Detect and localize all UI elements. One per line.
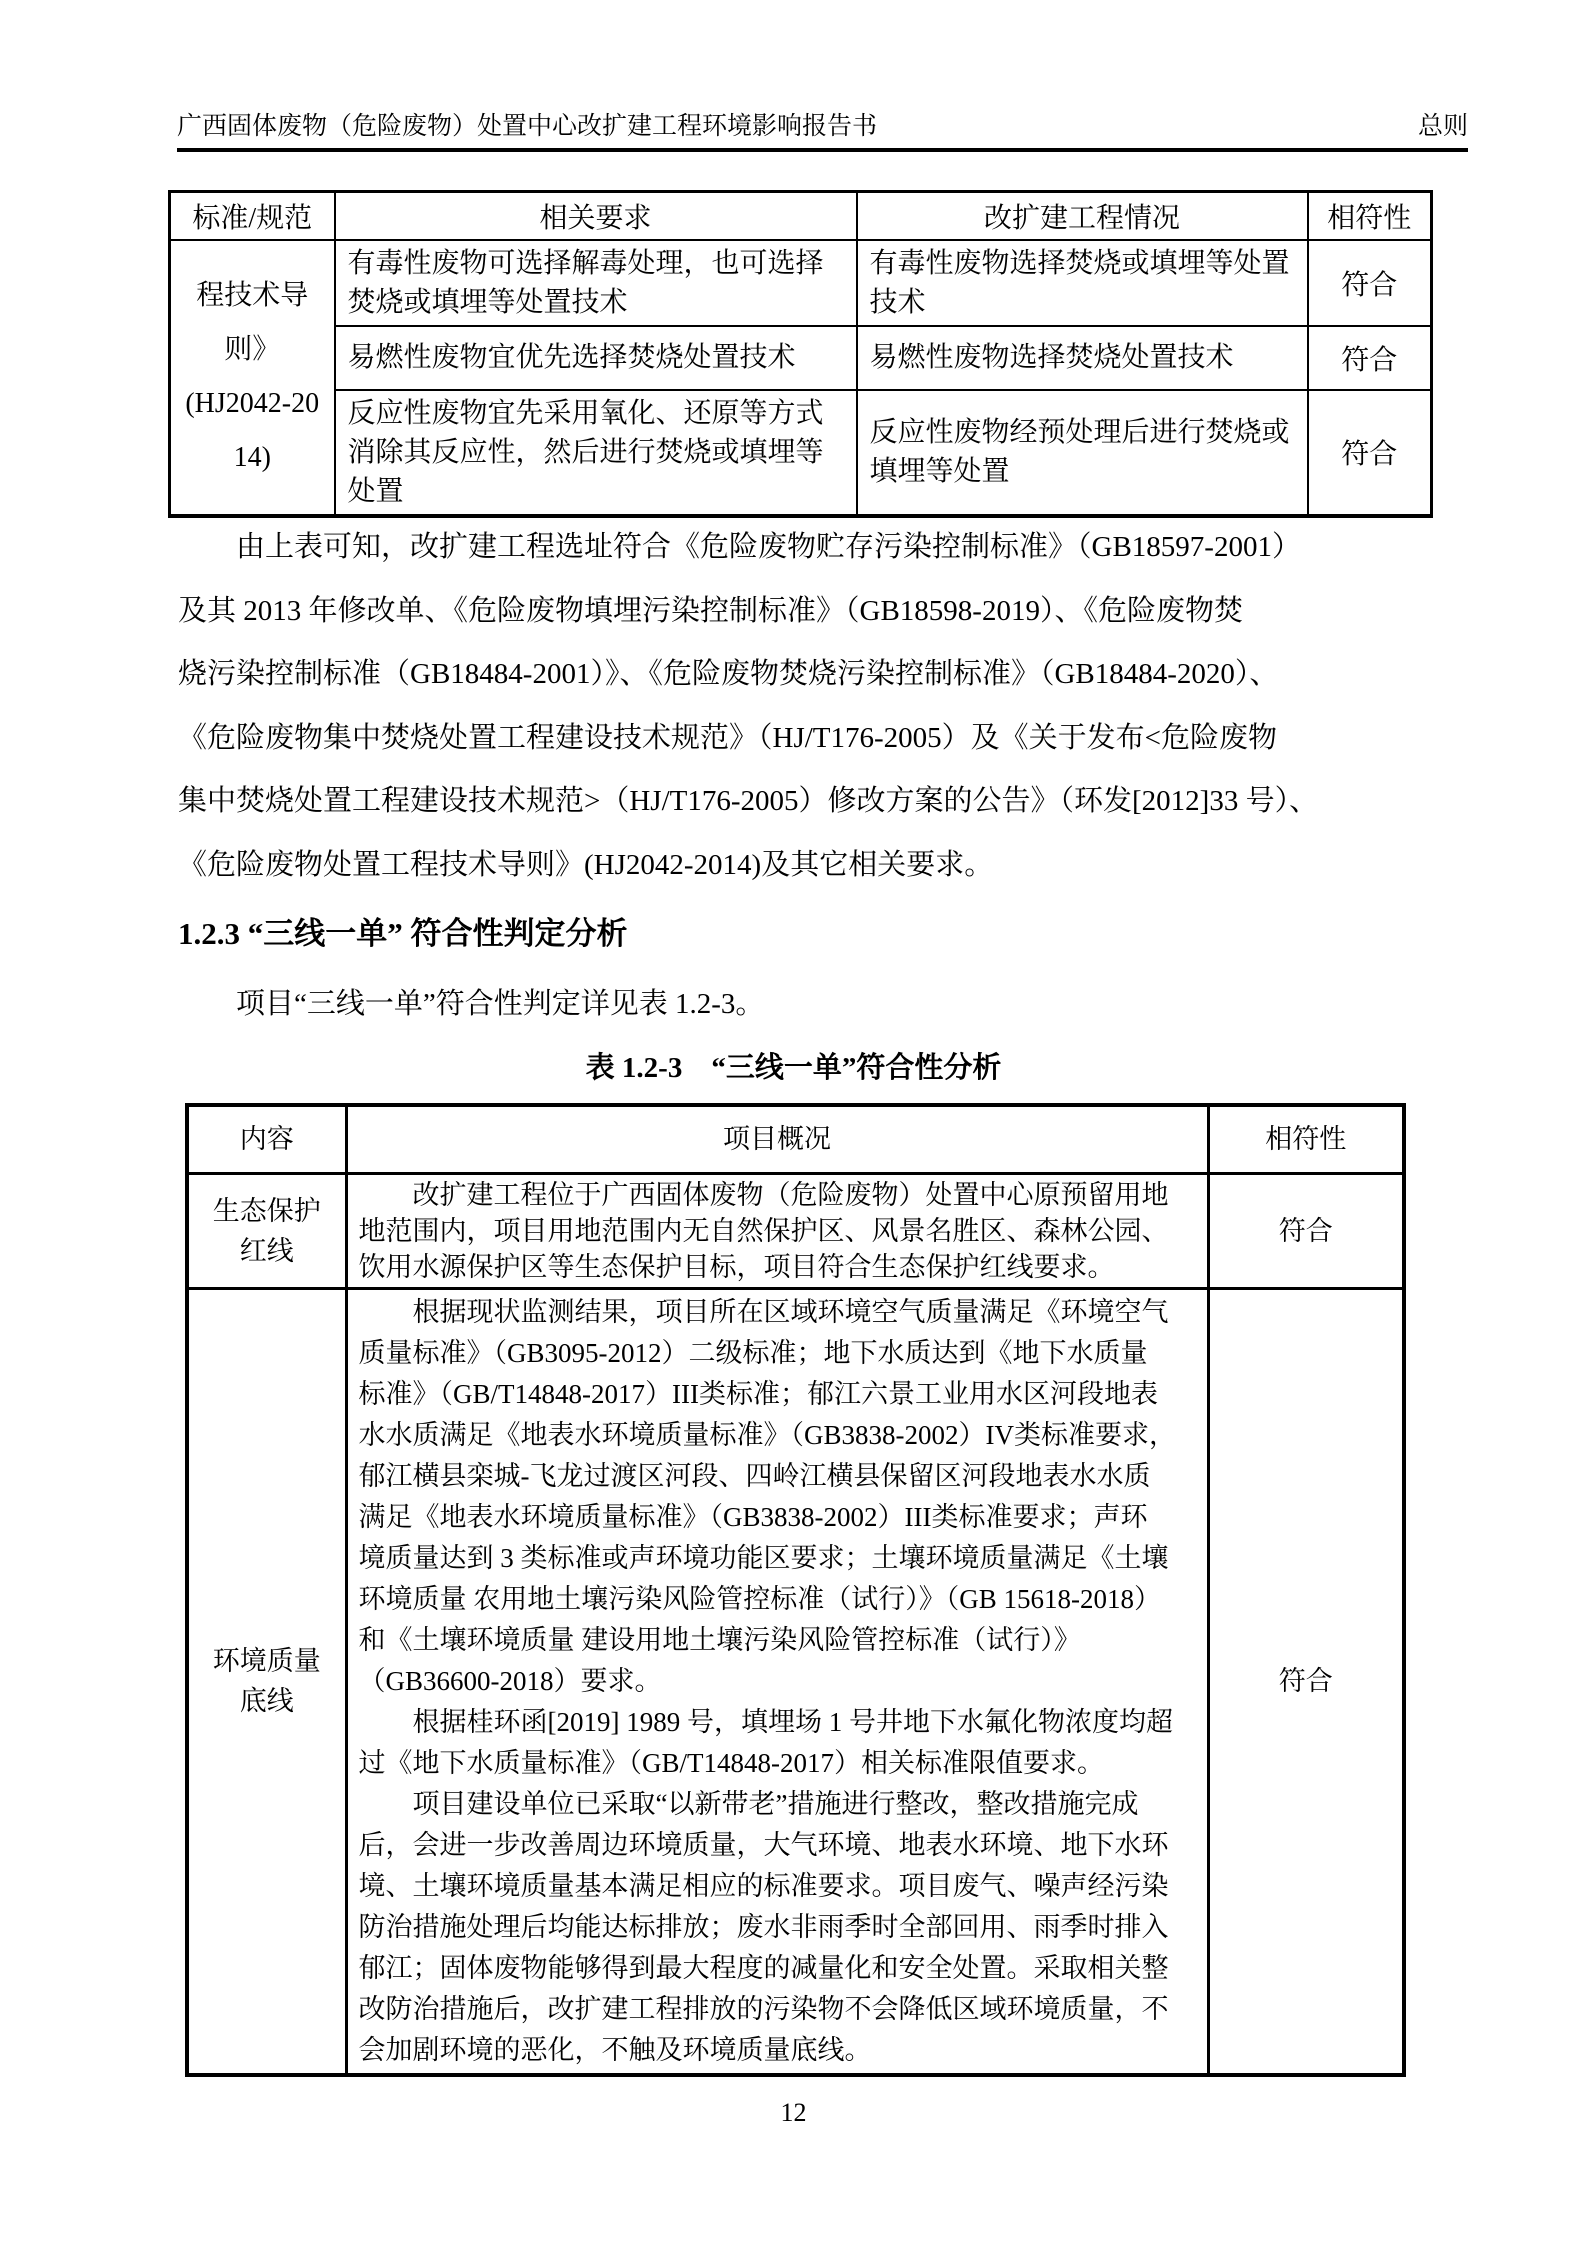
section-heading: 1.2.3 “三线一单” 符合性判定分析 <box>178 914 628 954</box>
t1-conformity-cell: 符合 <box>1308 390 1432 516</box>
paragraph-table-reference: 项目“三线一单”符合性判定详见表 1.2-3。 <box>178 984 1476 1024</box>
t1-requirement-cell: 易燃性废物宜优先选择焚烧处置技术 <box>335 326 857 390</box>
t1-col-conformity: 相符性 <box>1308 192 1432 240</box>
t1-col-project: 改扩建工程情况 <box>857 192 1308 240</box>
t1-project-cell: 有毒性废物选择焚烧或填埋等处置 技术 <box>857 240 1308 326</box>
table-caption: 表 1.2-3 “三线一单”符合性分析 <box>0 1048 1587 1088</box>
t2-content-cell: 环境质量 底线 <box>187 1288 346 2075</box>
t1-col-requirement: 相关要求 <box>335 192 857 240</box>
header-title: 广西固体废物（危险废物）处置中心改扩建工程环境影响报告书 <box>177 110 877 143</box>
t2-col-overview: 项目概况 <box>346 1105 1208 1173</box>
table-row: 生态保护 红线 改扩建工程位于广西固体废物（危险废物）处置中心原预留用地 地范围… <box>187 1173 1404 1288</box>
t1-requirement-cell: 有毒性废物可选择解毒处理，也可选择 焚烧或填埋等处置技术 <box>335 240 857 326</box>
t1-standard-name-cell: 程技术导 则》 (HJ2042-20 14) <box>170 240 335 516</box>
t2-col-content: 内容 <box>187 1105 346 1173</box>
paragraph-standards-summary: 由上表可知，改扩建工程选址符合《危险废物贮存污染控制标准》（GB18597-20… <box>178 516 1476 897</box>
table-header-row: 内容 项目概况 相符性 <box>187 1105 1404 1173</box>
t1-project-cell: 易燃性废物选择焚烧处置技术 <box>857 326 1308 390</box>
table-header-row: 标准/规范 相关要求 改扩建工程情况 相符性 <box>170 192 1432 240</box>
t1-conformity-cell: 符合 <box>1308 240 1432 326</box>
header-section-label: 总则 <box>1418 110 1468 143</box>
t2-overview-cell: 改扩建工程位于广西固体废物（危险废物）处置中心原预留用地 地范围内，项目用地范围… <box>346 1173 1208 1288</box>
table-row: 环境质量 底线 根据现状监测结果，项目所在区域环境空气质量满足《环境空气 质量标… <box>187 1288 1404 2075</box>
page-number: 12 <box>0 2098 1587 2128</box>
t2-col-conformity: 相符性 <box>1208 1105 1404 1173</box>
t2-conformity-cell: 符合 <box>1208 1288 1404 2075</box>
t1-requirement-cell: 反应性废物宜先采用氧化、还原等方式 消除其反应性，然后进行焚烧或填埋等 处置 <box>335 390 857 516</box>
t2-overview-cell: 根据现状监测结果，项目所在区域环境空气质量满足《环境空气 质量标准》（GB309… <box>346 1288 1208 2075</box>
table-row: 反应性废物宜先采用氧化、还原等方式 消除其反应性，然后进行焚烧或填埋等 处置 反… <box>170 390 1432 516</box>
standards-compliance-table: 标准/规范 相关要求 改扩建工程情况 相符性 程技术导 则》 (HJ2042-2… <box>168 190 1433 518</box>
running-header: 广西固体废物（危险废物）处置中心改扩建工程环境影响报告书 总则 <box>177 110 1468 152</box>
document-page: 广西固体废物（危险废物）处置中心改扩建工程环境影响报告书 总则 标准/规范 相关… <box>0 0 1587 2245</box>
t1-conformity-cell: 符合 <box>1308 326 1432 390</box>
t1-col-standard: 标准/规范 <box>170 192 335 240</box>
t2-conformity-cell: 符合 <box>1208 1173 1404 1288</box>
table-row: 程技术导 则》 (HJ2042-20 14) 有毒性废物可选择解毒处理，也可选择… <box>170 240 1432 326</box>
t1-project-cell: 反应性废物经预处理后进行焚烧或 填埋等处置 <box>857 390 1308 516</box>
t2-content-cell: 生态保护 红线 <box>187 1173 346 1288</box>
table-row: 易燃性废物宜优先选择焚烧处置技术 易燃性废物选择焚烧处置技术 符合 <box>170 326 1432 390</box>
three-lines-one-list-table: 内容 项目概况 相符性 生态保护 红线 改扩建工程位于广西固体废物（危险废物）处… <box>185 1103 1406 2077</box>
